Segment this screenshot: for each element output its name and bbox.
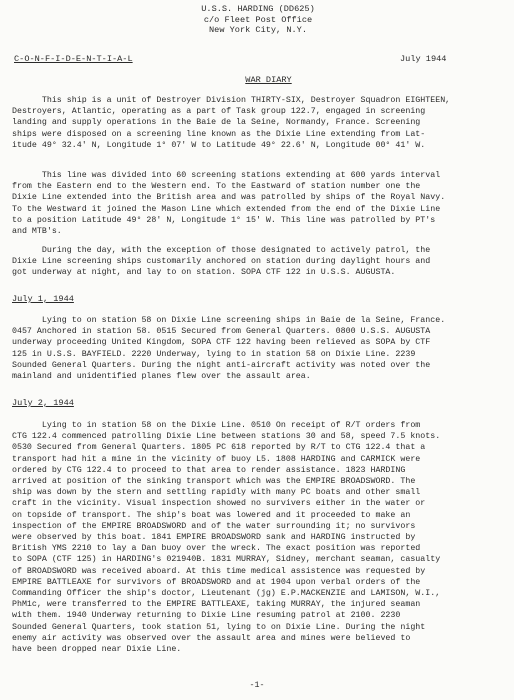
entry-text-july-1: Lying to on station 58 on Dixie Line scr… bbox=[12, 315, 504, 382]
classification-text: C-O-N-F-I-D-E-N-T-I-A-L bbox=[14, 54, 133, 64]
entry-date-july-2: July 2, 1944 bbox=[12, 398, 74, 408]
intro-paragraph-1: This ship is a unit of Destroyer Divisio… bbox=[12, 95, 504, 151]
document-title: WAR DIARY bbox=[0, 75, 514, 85]
letterhead-city: New York City, N.Y. bbox=[2, 25, 514, 36]
document-title-text: WAR DIARY bbox=[245, 75, 291, 85]
war-diary-page: U.S.S. HARDING (DD625) c/o Fleet Post Of… bbox=[0, 0, 514, 700]
intro-paragraph-3: During the day, with the exception of th… bbox=[12, 245, 504, 279]
classification-mark: C-O-N-F-I-D-E-N-T-I-A-L bbox=[14, 54, 133, 64]
letterhead: U.S.S. HARDING (DD625) c/o Fleet Post Of… bbox=[0, 4, 514, 36]
letterhead-ship: U.S.S. HARDING (DD625) bbox=[2, 4, 514, 15]
letterhead-post-office: c/o Fleet Post Office bbox=[2, 15, 514, 26]
page-number: -1- bbox=[0, 681, 514, 690]
document-date: July 1944 bbox=[400, 54, 446, 64]
entry-date-july-1: July 1, 1944 bbox=[12, 294, 74, 304]
intro-paragraph-2: This line was divided into 60 screening … bbox=[12, 170, 504, 237]
entry-text-july-2: Lying to in station 58 on the Dixie Line… bbox=[12, 420, 504, 655]
